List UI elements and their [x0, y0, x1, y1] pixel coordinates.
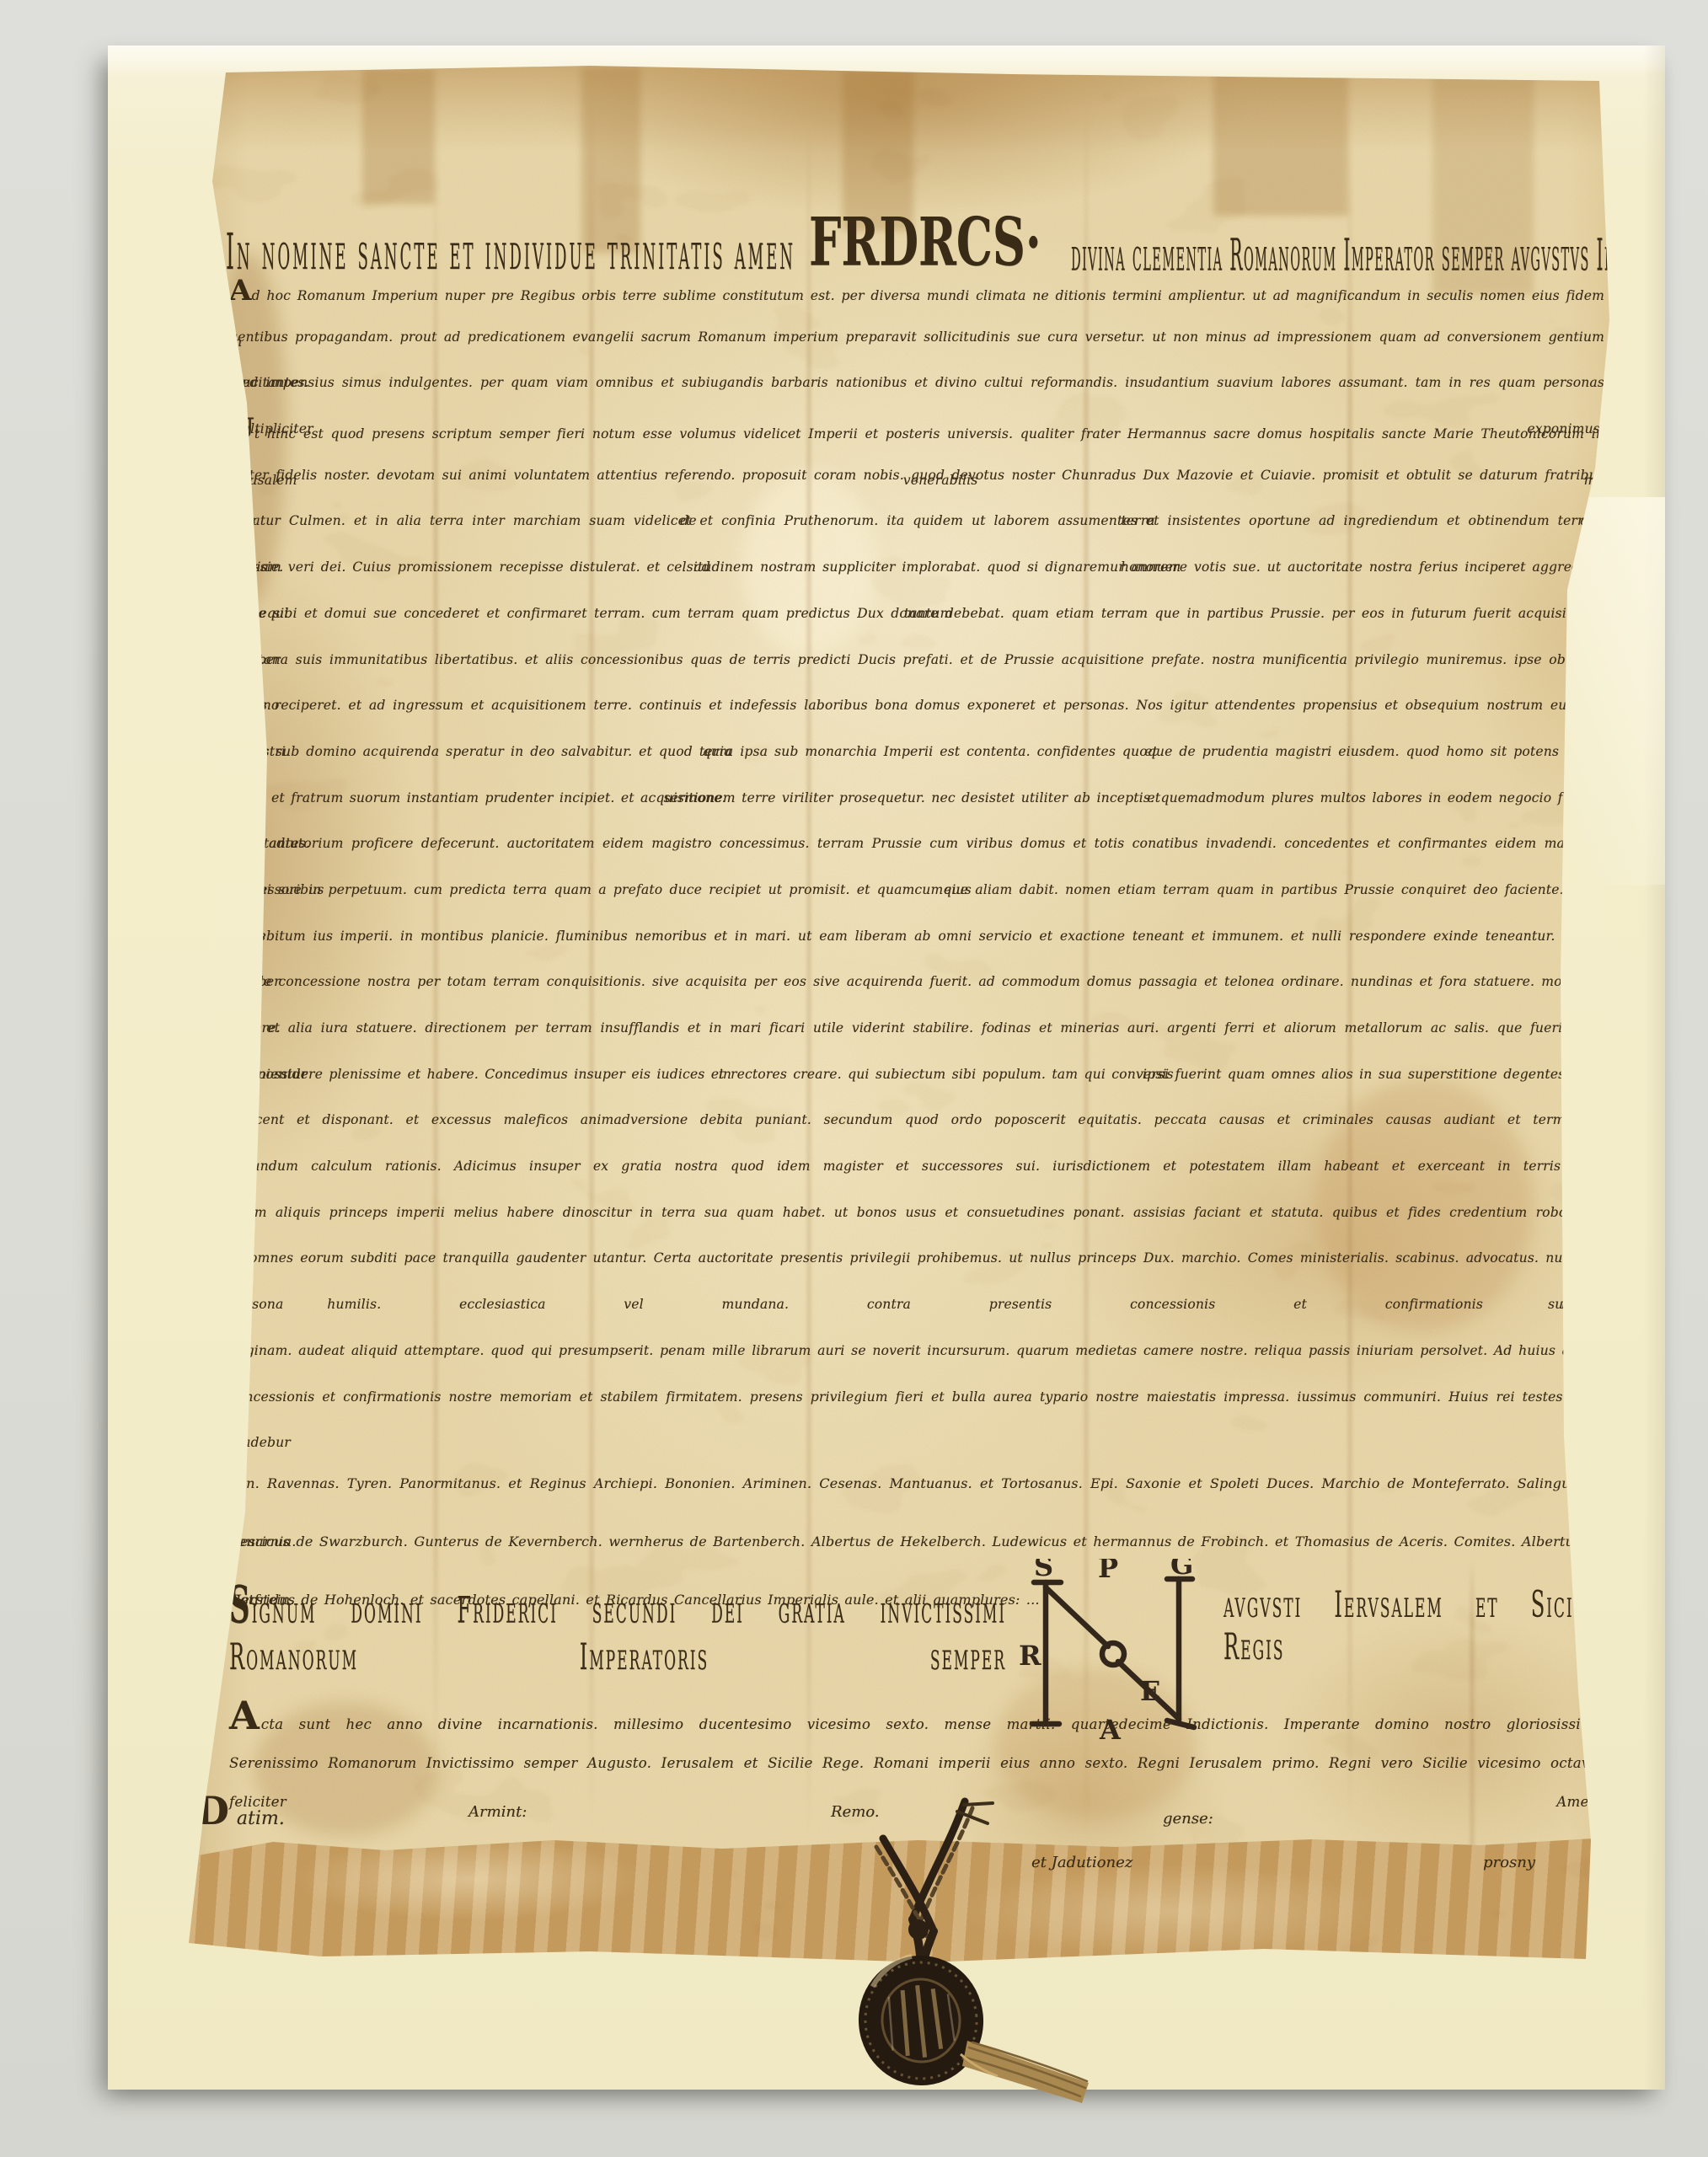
body-line: et omnes eorum subditi pace tranquilla g… [229, 1235, 1604, 1282]
body-line: et ne sibi et domui sue concederet et co… [229, 591, 1604, 637]
body-line: illuc impensius simus indulgentes. per q… [229, 360, 1604, 406]
monogram-letter: P [1098, 1559, 1118, 1584]
body-line: ipsius sub domino acquirenda speratur in… [229, 729, 1604, 775]
mount-sheet-right-shade [1643, 45, 1665, 2090]
mount-sheet-top-edge [108, 45, 1665, 74]
chancery-note: prosny [1483, 1854, 1535, 1871]
monogram-letter: G [1170, 1559, 1193, 1581]
charter-body-text: Ad hoc Romanum Imperium nuper pre Regibu… [229, 268, 1604, 1420]
body-line: iudicent et disponant. et excessus malef… [229, 1097, 1604, 1143]
body-line: liam et alia iura statuere. directionem … [229, 1005, 1604, 1052]
body-line: vel humilis. ecclesiastica vel mundana. … [229, 1282, 1604, 1328]
body-line: Ducis reciperet. et ad ingressum et acqu… [229, 682, 1604, 729]
body-line: Ad hoc Romanum Imperium nuper pre Regibu… [229, 268, 1604, 314]
witness-line: henricus de Swarzburch. Gunterus de Keve… [229, 1512, 1604, 1571]
body-line: Ut hinc est quod presens scriptum semper… [229, 406, 1604, 452]
chancery-note: Armint: [468, 1803, 527, 1821]
monogram-letter: R [1019, 1640, 1041, 1672]
body-line: gentibus propagandam. prout ad predicati… [229, 314, 1604, 361]
body-line: gloriam veri dei. Cuius promissionem rec… [229, 544, 1604, 591]
body-line: ris. possidere plenissime et habere. Con… [229, 1052, 1604, 1098]
body-line: montana suis immunitatibus libertatibus.… [229, 637, 1604, 683]
body-line: quam aliquis princeps imperii melius hab… [229, 1190, 1604, 1236]
body-line: gister fidelis noster. devotam sui animi… [229, 452, 1604, 499]
monogram-letter: S [1034, 1559, 1053, 1582]
body-line: suam et fratrum suorum instantiam pruden… [229, 775, 1604, 822]
chancery-mark: D atim. [195, 1788, 285, 1833]
body-line: citra adiutorium proficere defecerunt. a… [229, 821, 1604, 867]
body-line: domui sue in perpetuum. cum predicta ter… [229, 867, 1604, 913]
acta-date-line: Acta sunt hec anno divine incarnationis.… [229, 1695, 1603, 1745]
body-line: secundum calculum rationis. Adicimus ins… [229, 1143, 1604, 1190]
signum-line-left: Signum domini Friderici secundi dei grat… [229, 1576, 1006, 1678]
body-line: vocatur Culmen. et in alia terra inter m… [229, 498, 1604, 544]
seal-on-cords-icon [792, 1786, 1112, 2140]
body-line: et debitum ius imperii. in montibus plan… [229, 913, 1604, 960]
body-line: eis de concessione nostra per totam terr… [229, 959, 1604, 1005]
body-line: concessionis et confirmationis nostre me… [229, 1374, 1604, 1421]
witness-line: gen. Ravennas. Tyren. Panormitanus. et R… [229, 1454, 1604, 1512]
body-line: paginam. audeat aliquid attemptare. quod… [229, 1328, 1604, 1374]
charter-photograph: In nomine sancte et individue trinitatis… [0, 0, 1708, 2157]
chancery-note: gense: [1163, 1810, 1213, 1828]
invocation-line: In nomine sancte et individue trinitatis… [212, 184, 1611, 278]
signum-line-right: avgvsti Iervsalem et Sicilie Regis :: [1223, 1583, 1604, 1668]
